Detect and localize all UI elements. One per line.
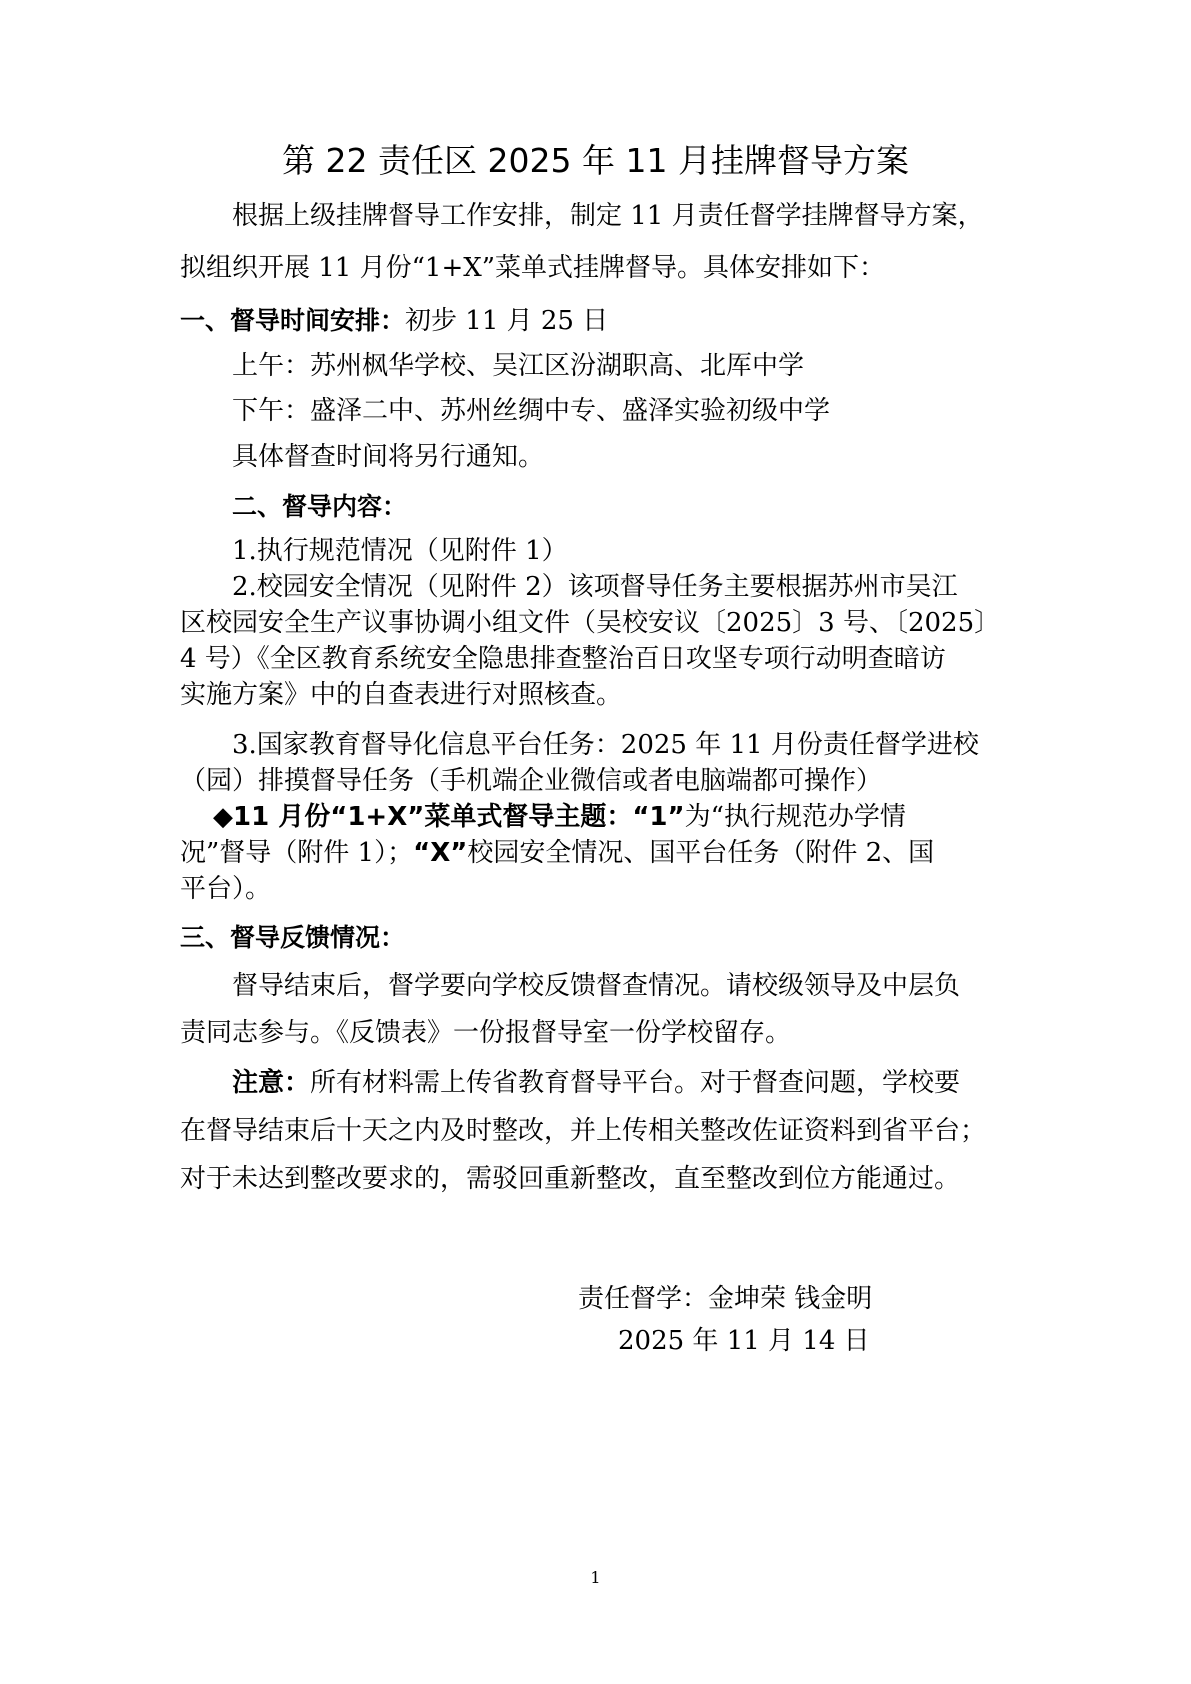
- section-1: 一、督导时间安排：初步 11 月 25 日: [180, 300, 608, 337]
- schedule-afternoon: 下午：盛泽二中、苏州丝绸中专、盛泽实验初级中学: [232, 390, 830, 427]
- section-3-heading: 三、督导反馈情况：: [180, 918, 405, 954]
- theme-line-3: 平台）。: [180, 868, 271, 905]
- note-line-3: 对于未达到整改要求的，需驳回重新整改，直至整改到位方能通过。: [180, 1158, 960, 1195]
- theme-one: “1”: [632, 802, 684, 832]
- section-2-heading: 二、督导内容：: [232, 487, 407, 523]
- note-text: 所有材料需上传省教育督导平台。对于督查问题，学校要: [310, 1068, 960, 1098]
- note-line-2: 在督导结束后十天之内及时整改，并上传相关整改佐证资料到省平台；: [180, 1110, 986, 1147]
- note-label: 注意：: [232, 1068, 310, 1098]
- signature-supervisors: 责任督学：金坤荣 钱金明: [578, 1278, 872, 1315]
- section-1-date: 初步 11 月 25 日: [405, 306, 608, 336]
- note-line-1: 注意：所有材料需上传省教育督导平台。对于督查问题，学校要: [232, 1062, 960, 1099]
- document-page: 第 22 责任区 2025 年 11 月挂牌督导方案 根据上级挂牌督导工作安排，…: [0, 0, 1191, 1684]
- theme-line-1: ◆11 月份“1+X”菜单式督导主题：“1”为“执行规范办学情: [213, 796, 906, 833]
- signature-date: 2025 年 11 月 14 日: [618, 1320, 870, 1357]
- theme-x: “X”: [413, 838, 467, 868]
- document-title: 第 22 责任区 2025 年 11 月挂牌督导方案: [0, 135, 1191, 182]
- theme-x-text: 校园安全情况、国平台任务（附件 2、国: [467, 838, 934, 868]
- content-item-2-line-2: 区校园安全生产议事协调小组文件（吴校安议〔2025〕3 号、〔2025〕: [180, 602, 1000, 639]
- content-item-3-line-1: 3.国家教育督导化信息平台任务：2025 年 11 月份责任督学进校: [232, 724, 979, 761]
- content-item-2-line-3: 4 号）《全区教育系统安全隐患排查整治百日攻坚专项行动明查暗访: [180, 638, 946, 675]
- intro-line-1: 根据上级挂牌督导工作安排，制定 11 月责任督学挂牌督导方案，: [232, 195, 984, 232]
- intro-line-2: 拟组织开展 11 月份“1+X”菜单式挂牌督导。具体安排如下：: [180, 247, 885, 284]
- section-1-heading: 一、督导时间安排：: [180, 306, 405, 335]
- theme-one-text: 为“执行规范办学情: [685, 802, 906, 832]
- theme-line-2: 况”督导（附件 1）；“X”校园安全情况、国平台任务（附件 2、国: [180, 832, 934, 869]
- content-item-2-line-1: 2.校园安全情况（见附件 2）该项督导任务主要根据苏州市吴江: [232, 566, 958, 603]
- schedule-morning: 上午：苏州枫华学校、吴江区汾湖职高、北厍中学: [232, 345, 804, 382]
- content-item-3-line-2: （园）排摸督导任务（手机端企业微信或者电脑端都可操作）: [180, 760, 882, 797]
- feedback-line-1: 督导结束后，督学要向学校反馈督查情况。请校级领导及中层负: [232, 965, 960, 1002]
- theme-label: 11 月份“1+X”菜单式督导主题：: [233, 802, 632, 832]
- schedule-note: 具体督查时间将另行通知。: [232, 436, 544, 473]
- content-item-2-line-4: 实施方案》中的自查表进行对照核查。: [180, 674, 622, 711]
- diamond-bullet-icon: ◆: [213, 802, 233, 832]
- theme-one-text-cont: 况”督导（附件 1）；: [180, 838, 413, 868]
- feedback-line-2: 责同志参与。《反馈表》一份报督导室一份学校留存。: [180, 1012, 791, 1049]
- page-number: 1: [0, 1568, 1191, 1587]
- content-item-1: 1.执行规范情况（见附件 1）: [232, 530, 568, 567]
